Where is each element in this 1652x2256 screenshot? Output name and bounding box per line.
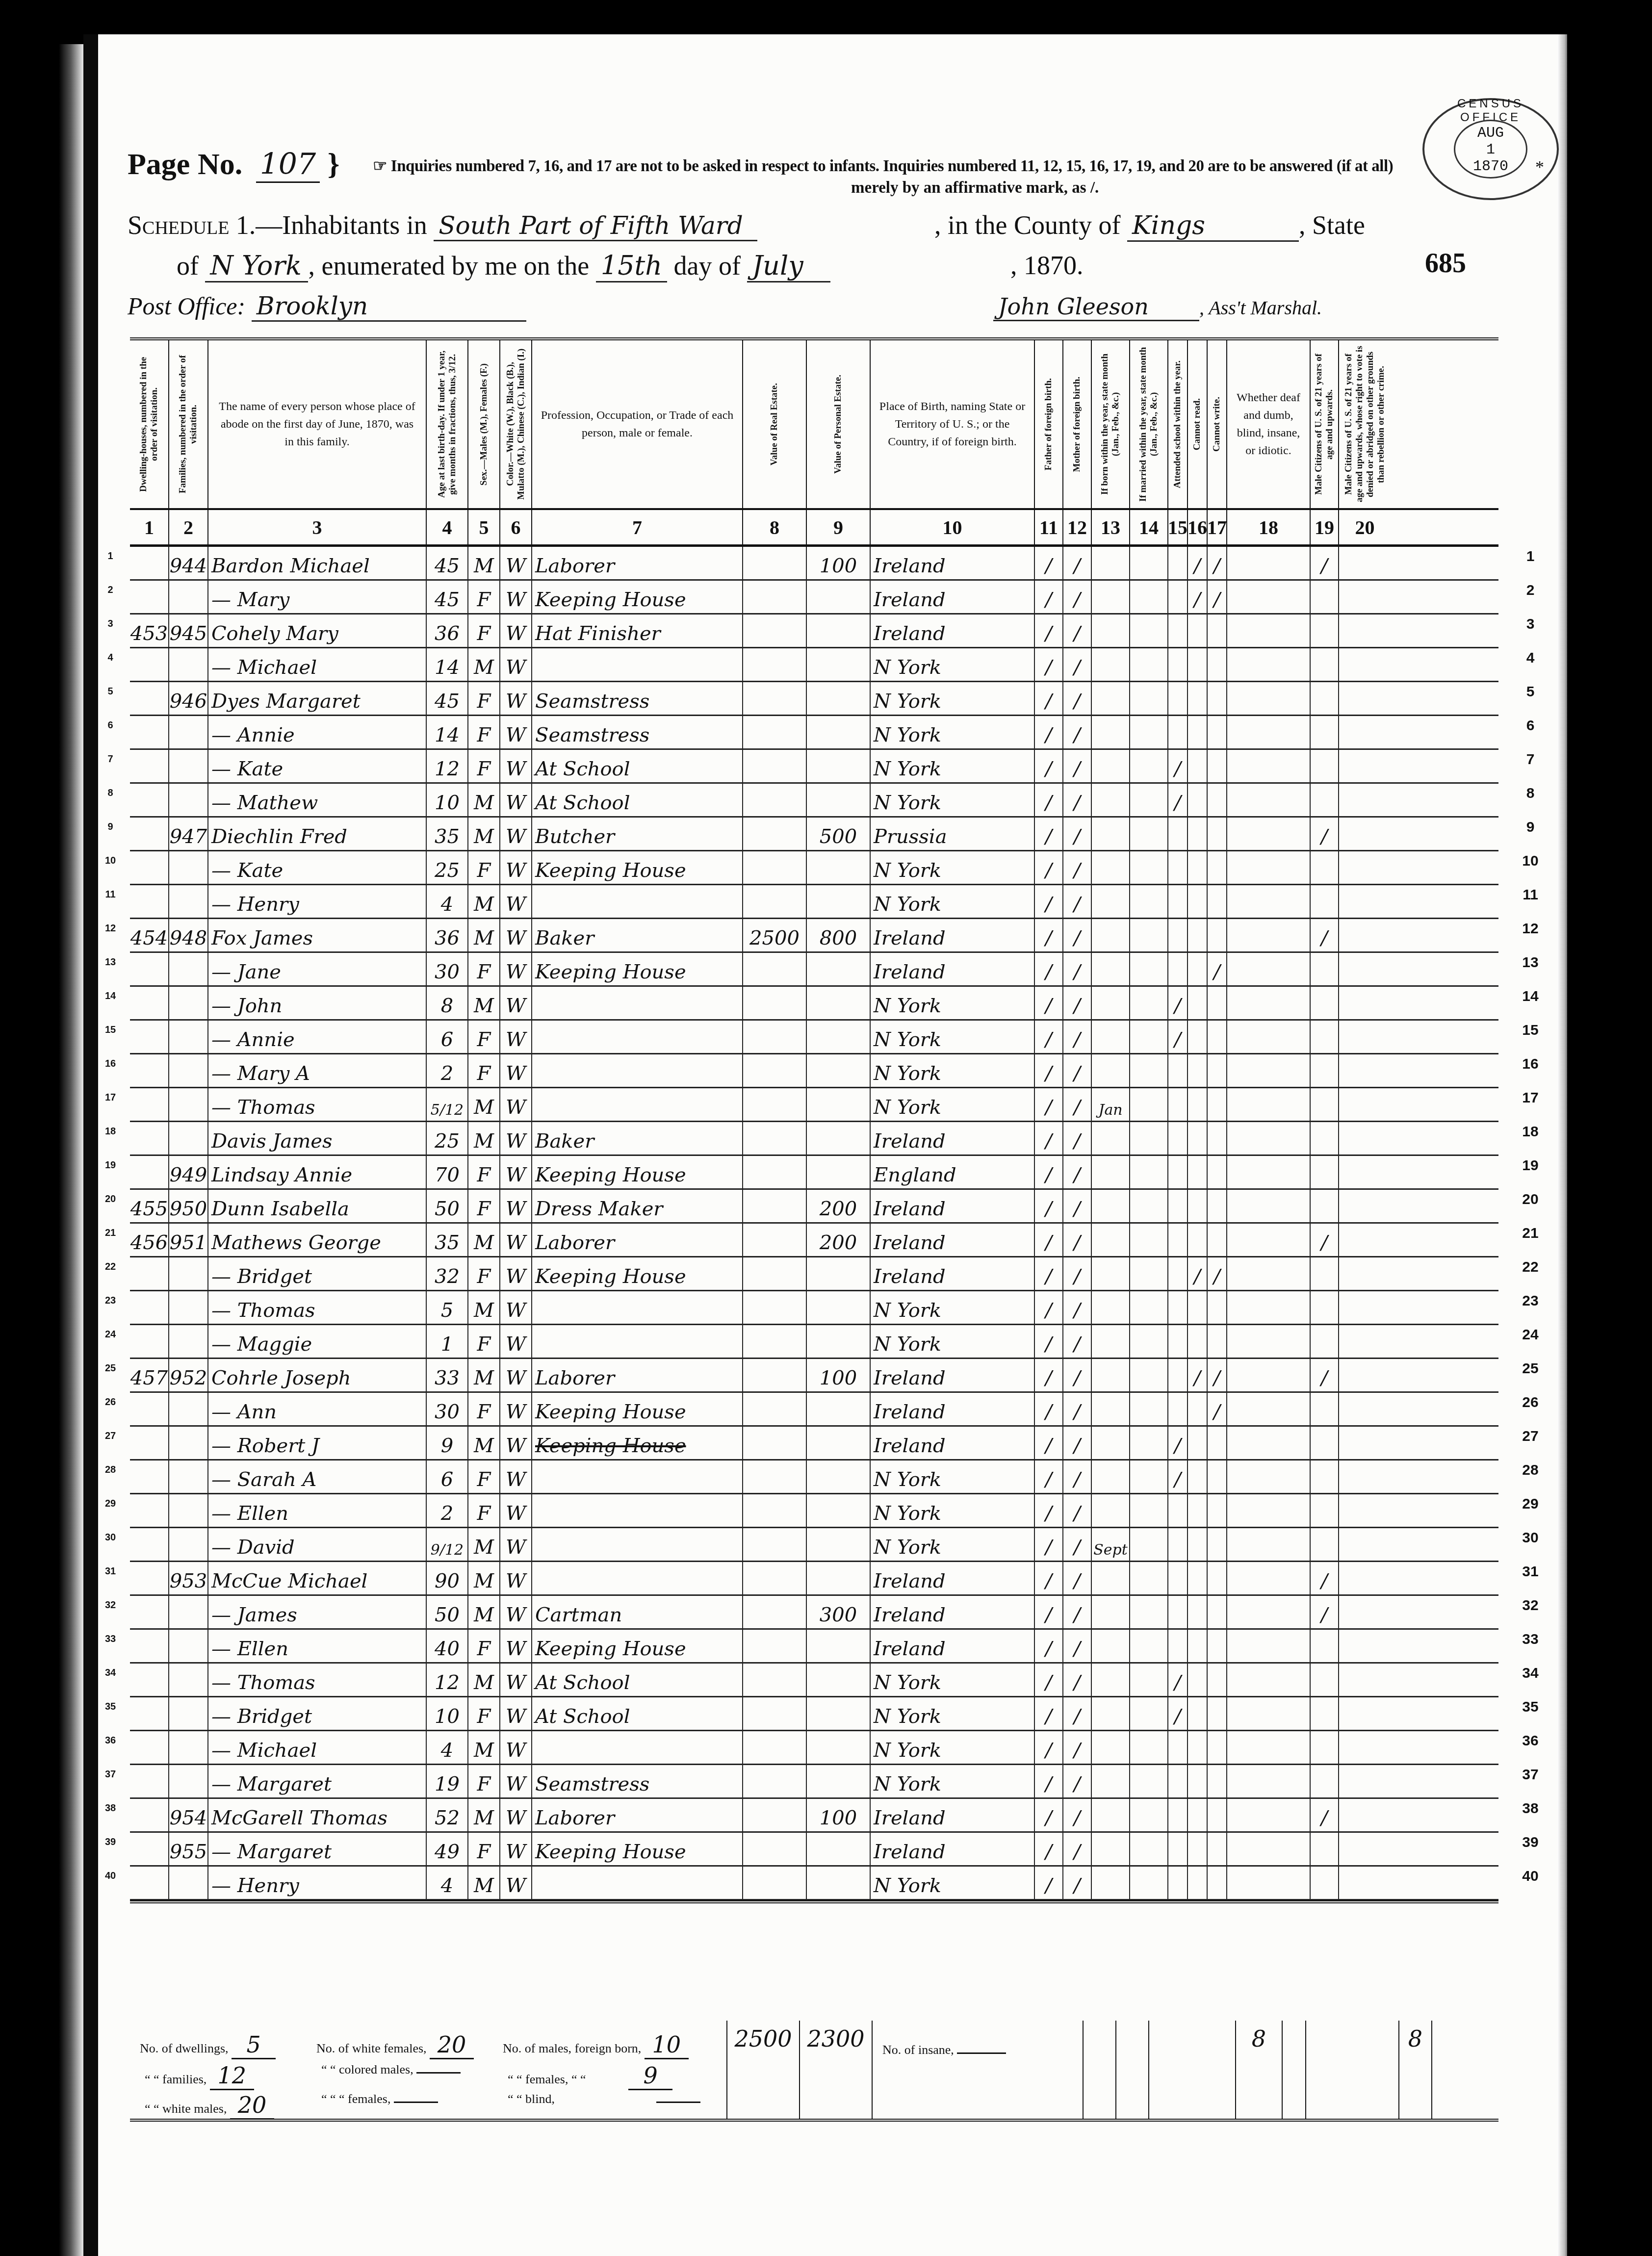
cell-sex: F (468, 1393, 500, 1425)
cell-color: W (500, 1630, 532, 1662)
column-header-2: Families, numbered in the order of visit… (169, 340, 208, 508)
cell-color: W (500, 1596, 532, 1628)
citizens-total: 8 (1399, 2021, 1432, 2119)
cell-denied (1339, 1088, 1391, 1121)
cell-denied (1339, 1833, 1391, 1865)
line-number: 39 (101, 1825, 120, 1859)
cell-real (743, 581, 807, 613)
cell-born-month (1092, 1291, 1130, 1324)
cell-age: 2 (427, 1054, 468, 1087)
cell-family (169, 1494, 208, 1527)
cell-name: — Jane (208, 953, 427, 985)
column-header-8: Value of Real Estate. (743, 340, 807, 508)
insane-value (957, 2052, 1006, 2054)
cell-color: W (500, 1731, 532, 1764)
cell-sex: M (468, 1122, 500, 1154)
cell-denied (1339, 1562, 1391, 1594)
cell-name: Diechlin Fred (208, 818, 427, 850)
cell-birth: Ireland (871, 1833, 1035, 1865)
cell-deaf (1227, 1765, 1311, 1797)
column-header-label: Age at last birth-day. If under 1 year, … (437, 346, 458, 503)
cell-age: 4 (427, 1731, 468, 1764)
column-number: 16 (1188, 510, 1208, 544)
dwellings-value: 5 (232, 2031, 276, 2059)
cell-family: 948 (169, 919, 208, 951)
cell-citizen (1311, 1494, 1339, 1527)
cell-citizen (1311, 885, 1339, 918)
cell-school (1168, 547, 1188, 579)
cell-age: 45 (427, 547, 468, 579)
line-number: 30 (101, 1521, 120, 1555)
line-number: 15 (101, 1013, 120, 1047)
cell-age: 9/12 (427, 1528, 468, 1561)
cell-married-month (1130, 615, 1168, 647)
column-number: 12 (1063, 510, 1092, 544)
cell-occupation: Keeping House (532, 1156, 743, 1188)
cell-school (1168, 581, 1188, 613)
cell-name: — Mary (208, 581, 427, 613)
cell-age: 1 (427, 1325, 468, 1358)
cell-mother: / (1063, 1088, 1092, 1121)
cell-birth: N York (871, 1291, 1035, 1324)
table-row: — David9/12MWN York//Sept (130, 1528, 1498, 1562)
cell-sex: M (468, 1359, 500, 1391)
cell-mother: / (1063, 851, 1092, 884)
cell-family: 951 (169, 1224, 208, 1256)
line-number: 20 (101, 1182, 120, 1216)
cell-occupation: Seamstress (532, 716, 743, 748)
cell-deaf (1227, 784, 1311, 816)
cell-dwelling: 457 (130, 1359, 169, 1391)
cell-family: 947 (169, 818, 208, 850)
cell-father: / (1035, 1494, 1063, 1527)
cell-birth: N York (871, 851, 1035, 884)
cell-citizen (1311, 716, 1339, 748)
cell-birth: Ireland (871, 1122, 1035, 1154)
cell-dwelling (130, 1257, 169, 1290)
column-number: 19 (1311, 510, 1339, 544)
cell-sex: F (468, 1054, 500, 1087)
cell-father: / (1035, 1224, 1063, 1256)
column-number: 5 (468, 510, 500, 544)
cell-personal (807, 1156, 871, 1188)
cell-write (1208, 851, 1227, 884)
cell-family (169, 784, 208, 816)
cell-family (169, 1731, 208, 1764)
cell-mother: / (1063, 1867, 1092, 1899)
cell-mother: / (1063, 750, 1092, 782)
table-body: 944Bardon Michael45MWLaborer100Ireland//… (130, 547, 1498, 1900)
cell-color: W (500, 1054, 532, 1087)
line-number: 21 (101, 1216, 120, 1250)
line-number: 24 (101, 1318, 120, 1352)
cell-personal (807, 784, 871, 816)
cell-mother: / (1063, 1833, 1092, 1865)
cell-born-month (1092, 547, 1130, 579)
cell-born-month: Jan (1092, 1088, 1130, 1121)
cell-write (1208, 919, 1227, 951)
cell-write (1208, 1833, 1227, 1865)
table-row: — Annie14FWSeamstressN York// (130, 716, 1498, 750)
line-number: 7 (1508, 743, 1552, 776)
line-number: 20 (1508, 1182, 1552, 1216)
cell-mother: / (1063, 1325, 1092, 1358)
cell-married-month (1130, 1664, 1168, 1696)
cell-family (169, 1461, 208, 1493)
marshal-label: , Ass't Marshal. (1199, 297, 1322, 319)
table-row: — James50MWCartman300Ireland/// (130, 1596, 1498, 1630)
table-row: 946Dyes Margaret45FWSeamstressN York// (130, 682, 1498, 716)
cell-name: Fox James (208, 919, 427, 951)
cell-dwelling (130, 716, 169, 748)
cell-mother: / (1063, 1427, 1092, 1459)
cell-mother: / (1063, 953, 1092, 985)
foreign-males-count: No. of males, foreign born, 10 (503, 2031, 689, 2059)
cell-denied (1339, 1325, 1391, 1358)
married-month-total (1116, 2021, 1149, 2119)
cell-real (743, 851, 807, 884)
column-header-16: Cannot read. (1188, 340, 1208, 508)
cell-read (1188, 1528, 1208, 1561)
cell-real (743, 682, 807, 715)
cell-born-month (1092, 1630, 1130, 1662)
cell-citizen (1311, 1867, 1339, 1899)
cell-denied (1339, 547, 1391, 579)
cell-denied (1339, 953, 1391, 985)
cell-denied (1339, 1596, 1391, 1628)
cell-school: / (1168, 987, 1188, 1019)
cell-mother: / (1063, 1664, 1092, 1696)
cell-school: / (1168, 1021, 1188, 1053)
cell-birth: N York (871, 716, 1035, 748)
cell-married-month (1130, 1325, 1168, 1358)
cell-age: 14 (427, 716, 468, 748)
cell-father: / (1035, 1697, 1063, 1730)
cell-father: / (1035, 1765, 1063, 1797)
cell-real (743, 1833, 807, 1865)
line-number: 34 (101, 1656, 120, 1690)
cell-name: Cohrle Joseph (208, 1359, 427, 1391)
column-header-label: The name of every person whose place of … (208, 398, 426, 451)
table-row: — Ellen40FWKeeping HouseIreland// (130, 1630, 1498, 1664)
cell-deaf (1227, 1697, 1311, 1730)
stamp-year: 1870 (1455, 158, 1526, 175)
cell-citizen (1311, 1054, 1339, 1087)
cell-birth: Ireland (871, 1190, 1035, 1222)
cell-age: 52 (427, 1799, 468, 1831)
cell-age: 25 (427, 1122, 468, 1154)
cell-sex: M (468, 1799, 500, 1831)
foreign-males-value: 10 (645, 2031, 689, 2059)
cell-real (743, 1697, 807, 1730)
cell-occupation: Keeping House (532, 953, 743, 985)
cell-school: / (1168, 1697, 1188, 1730)
deaf-total (1306, 2021, 1399, 2119)
column-header-15: Attended school within the year. (1168, 340, 1188, 508)
cell-married-month (1130, 1359, 1168, 1391)
colored-males-label: “ “ colored males, (321, 2062, 413, 2077)
line-number: 26 (101, 1385, 120, 1419)
cell-read (1188, 1088, 1208, 1121)
cell-real (743, 885, 807, 918)
line-number: 29 (1508, 1487, 1552, 1521)
cell-occupation: Baker (532, 919, 743, 951)
cell-occupation: Seamstress (532, 1765, 743, 1797)
cell-sex: F (468, 1833, 500, 1865)
cell-dwelling (130, 1156, 169, 1188)
column-headers: Dwelling-houses, numbered in the order o… (130, 340, 1498, 510)
table-row: 454948Fox James36MWBaker2500800Ireland//… (130, 919, 1498, 953)
cell-read (1188, 1021, 1208, 1053)
cell-personal (807, 953, 871, 985)
cell-deaf (1227, 1596, 1311, 1628)
column-header-label: Father of foreign birth. (1043, 378, 1054, 470)
cell-married-month (1130, 1190, 1168, 1222)
enumerated-label: , enumerated by me on the (308, 251, 589, 281)
cell-father: / (1035, 851, 1063, 884)
cell-color: W (500, 1562, 532, 1594)
cell-name: — Maggie (208, 1325, 427, 1358)
line-number: 9 (101, 810, 120, 844)
cell-occupation: At School (532, 1697, 743, 1730)
cell-occupation: Laborer (532, 1359, 743, 1391)
cell-birth: Ireland (871, 615, 1035, 647)
cell-born-month (1092, 1596, 1130, 1628)
cell-born-month (1092, 750, 1130, 782)
cell-real (743, 1494, 807, 1527)
cell-born-month (1092, 1021, 1130, 1053)
cell-occupation: Butcher (532, 818, 743, 850)
schedule-text: —Inhabitants in (256, 210, 427, 240)
line-number: 25 (101, 1352, 120, 1385)
cell-read (1188, 1664, 1208, 1696)
cell-age: 10 (427, 784, 468, 816)
cell-denied (1339, 1427, 1391, 1459)
cell-family (169, 648, 208, 681)
page-number-value: 107 (256, 147, 320, 183)
cell-name: Bardon Michael (208, 547, 427, 579)
cell-mother: / (1063, 1630, 1092, 1662)
cell-deaf (1227, 1190, 1311, 1222)
cell-deaf (1227, 581, 1311, 613)
cell-deaf (1227, 648, 1311, 681)
cell-age: 6 (427, 1021, 468, 1053)
cell-occupation: Hat Finisher (532, 615, 743, 647)
cell-deaf (1227, 1122, 1311, 1154)
cell-school (1168, 919, 1188, 951)
cell-read (1188, 1697, 1208, 1730)
cell-citizen (1311, 1731, 1339, 1764)
cell-family (169, 1291, 208, 1324)
cell-read (1188, 851, 1208, 884)
cell-family: 945 (169, 615, 208, 647)
cell-father: / (1035, 648, 1063, 681)
cell-denied (1339, 615, 1391, 647)
cell-family (169, 1122, 208, 1154)
line-number: 19 (1508, 1149, 1552, 1182)
cell-write (1208, 1731, 1227, 1764)
cell-name: — Henry (208, 885, 427, 918)
column-header-4: Age at last birth-day. If under 1 year, … (427, 340, 468, 508)
cell-father: / (1035, 581, 1063, 613)
cell-real (743, 750, 807, 782)
cell-deaf (1227, 1833, 1311, 1865)
cell-read (1188, 1190, 1208, 1222)
cell-dwelling (130, 818, 169, 850)
county-field: Kings (1127, 211, 1299, 242)
cell-name: — Kate (208, 851, 427, 884)
cell-occupation: Keeping House (532, 1393, 743, 1425)
cell-birth: Ireland (871, 1596, 1035, 1628)
cell-name: Lindsay Annie (208, 1156, 427, 1188)
cell-birth: Ireland (871, 1630, 1035, 1662)
cell-age: 2 (427, 1494, 468, 1527)
cell-age: 50 (427, 1596, 468, 1628)
column-number: 14 (1130, 510, 1168, 544)
cell-father: / (1035, 1562, 1063, 1594)
cell-real (743, 1325, 807, 1358)
cell-family: 950 (169, 1190, 208, 1222)
cell-family: 953 (169, 1562, 208, 1594)
column-header-label: Attended school within the year. (1172, 360, 1183, 488)
cell-father: / (1035, 716, 1063, 748)
cell-read (1188, 750, 1208, 782)
cell-born-month (1092, 716, 1130, 748)
cell-write (1208, 1156, 1227, 1188)
cell-citizen (1311, 1833, 1339, 1865)
cell-citizen (1311, 1088, 1339, 1121)
cell-personal: 300 (807, 1596, 871, 1628)
cell-real (743, 1664, 807, 1696)
cell-birth: Prussia (871, 818, 1035, 850)
cell-family (169, 1427, 208, 1459)
cell-deaf (1227, 987, 1311, 1019)
cell-age: 5 (427, 1291, 468, 1324)
cell-citizen (1311, 987, 1339, 1019)
line-number: 35 (1508, 1690, 1552, 1724)
cell-birth: Ireland (871, 1799, 1035, 1831)
column-number: 3 (208, 510, 427, 544)
line-number: 35 (101, 1690, 120, 1724)
cell-real (743, 1596, 807, 1628)
cell-sex: F (468, 1325, 500, 1358)
cell-denied (1339, 1697, 1391, 1730)
cell-color: W (500, 1224, 532, 1256)
cell-dwelling (130, 1630, 169, 1662)
cell-deaf (1227, 1799, 1311, 1831)
cell-write (1208, 1054, 1227, 1087)
cell-birth: N York (871, 1867, 1035, 1899)
day-of-label: day of (674, 251, 741, 281)
cell-read (1188, 919, 1208, 951)
cell-color: W (500, 1359, 532, 1391)
column-number: 4 (427, 510, 468, 544)
cell-born-month (1092, 682, 1130, 715)
column-number: 10 (871, 510, 1035, 544)
cell-school (1168, 1765, 1188, 1797)
cell-sex: M (468, 1867, 500, 1899)
cell-father: / (1035, 750, 1063, 782)
cell-write (1208, 1224, 1227, 1256)
cell-sex: M (468, 547, 500, 579)
cell-dwelling (130, 1088, 169, 1121)
cell-color: W (500, 1697, 532, 1730)
table-row: 949Lindsay Annie70FWKeeping HouseEngland… (130, 1156, 1498, 1190)
cell-married-month (1130, 648, 1168, 681)
cell-age: 4 (427, 885, 468, 918)
cell-father: / (1035, 1630, 1063, 1662)
census-year: , 1870. (1010, 250, 1084, 281)
cell-write (1208, 1427, 1227, 1459)
cell-occupation (532, 1867, 743, 1899)
cell-deaf (1227, 1088, 1311, 1121)
cell-dwelling (130, 1867, 169, 1899)
cell-sex: M (468, 1664, 500, 1696)
cell-dwelling (130, 750, 169, 782)
cell-citizen: / (1311, 1224, 1339, 1256)
cell-occupation (532, 1021, 743, 1053)
cell-personal (807, 1664, 871, 1696)
cell-sex: F (468, 1021, 500, 1053)
cell-read (1188, 1731, 1208, 1764)
cell-married-month (1130, 818, 1168, 850)
cell-real (743, 818, 807, 850)
cell-birth: N York (871, 1088, 1035, 1121)
cell-color: W (500, 1393, 532, 1425)
post-office-field: Brooklyn (252, 292, 526, 322)
cell-occupation (532, 1054, 743, 1087)
cell-color: W (500, 547, 532, 579)
cell-deaf (1227, 1021, 1311, 1053)
column-header-label: Whether deaf and dumb, blind, insane, or… (1227, 389, 1310, 460)
cell-write (1208, 1291, 1227, 1324)
cell-denied (1339, 682, 1391, 715)
cell-citizen: / (1311, 919, 1339, 951)
cell-write (1208, 1596, 1227, 1628)
column-header-7: Profession, Occupation, or Trade of each… (532, 340, 743, 508)
scan-border-top (0, 0, 1652, 35)
cell-school (1168, 1054, 1188, 1087)
cell-family (169, 581, 208, 613)
cell-name: — Margaret (208, 1765, 427, 1797)
cell-occupation (532, 1528, 743, 1561)
cell-mother: / (1063, 1122, 1092, 1154)
cell-citizen (1311, 1765, 1339, 1797)
cell-sex: F (468, 615, 500, 647)
cell-born-month (1092, 919, 1130, 951)
line-number: 34 (1508, 1656, 1552, 1690)
cell-mother: / (1063, 818, 1092, 850)
cell-occupation: Laborer (532, 1799, 743, 1831)
cell-personal (807, 1765, 871, 1797)
cell-occupation: Baker (532, 1122, 743, 1154)
cell-occupation: Keeping House (532, 581, 743, 613)
cell-sex: F (468, 1765, 500, 1797)
line-number: 38 (1508, 1792, 1552, 1825)
cell-color: W (500, 648, 532, 681)
cell-read (1188, 784, 1208, 816)
cell-married-month (1130, 1731, 1168, 1764)
column-header-label: Value of Personal Estate. (833, 375, 844, 474)
cell-age: 14 (427, 648, 468, 681)
column-header-10: Place of Birth, naming State or Territor… (871, 340, 1035, 508)
cell-citizen (1311, 1021, 1339, 1053)
line-number: 39 (1508, 1825, 1552, 1859)
cell-age: 35 (427, 1224, 468, 1256)
cell-sex: F (468, 581, 500, 613)
cell-father: / (1035, 1156, 1063, 1188)
column-header-label: Cannot write. (1212, 397, 1222, 452)
